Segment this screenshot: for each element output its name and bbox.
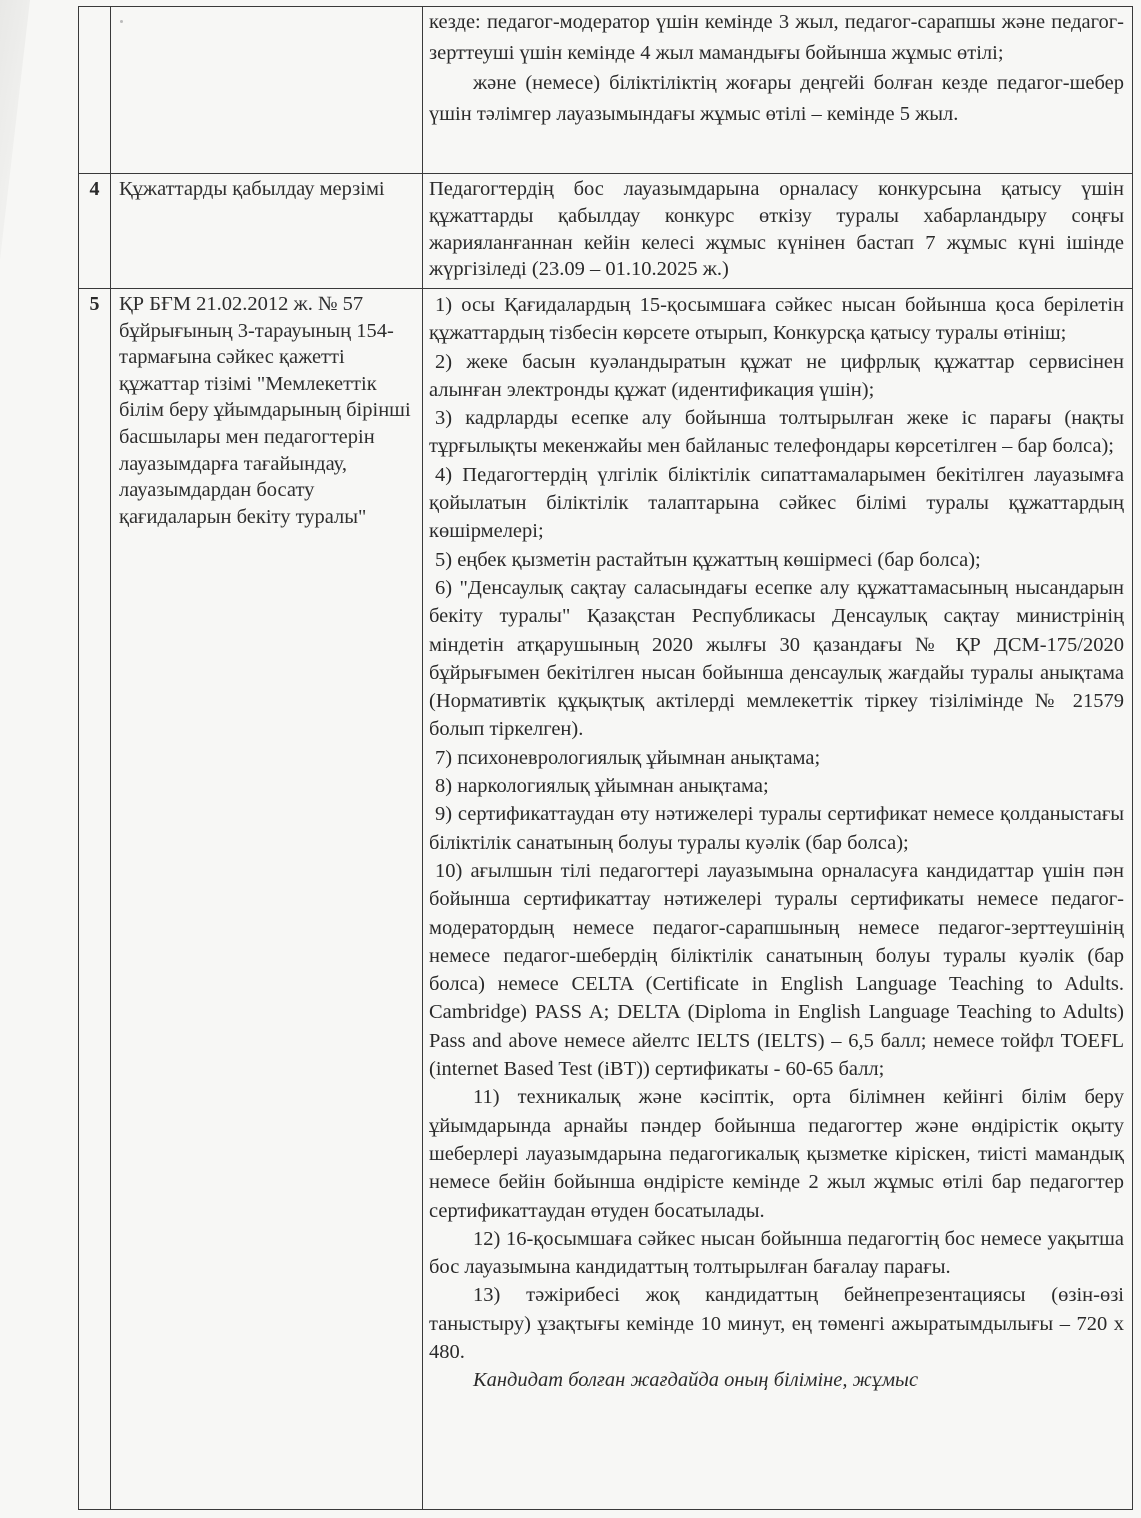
row-description: Педагогтердің бос лауазымдарына орналасу…	[423, 174, 1133, 289]
list-item: 9) сертификаттаудан өту нәтижелері турал…	[429, 800, 1124, 857]
table-row-3-continued: кезде: педагог-модератор үшін кемінде 3 …	[79, 7, 1133, 174]
row-label: ҚР БҒМ 21.02.2012 ж. № 57 бұйрығының 3-т…	[111, 289, 423, 1510]
row-label	[111, 7, 423, 174]
page-fold-shadow	[0, 0, 30, 260]
list-item: 5) еңбек қызметін растайтын құжаттың көш…	[429, 546, 1124, 574]
row-number	[79, 7, 111, 174]
list-item: 10) ағылшын тілі педагогтері лауазымына …	[429, 857, 1124, 1083]
list-item: 13) тәжірибесі жоқ кандидаттың бейнепрез…	[429, 1281, 1124, 1366]
list-item: 8) наркологиялық ұйымнан анықтама;	[429, 772, 1124, 800]
list-item: кезде: педагог-модератор үшін кемінде 3 …	[429, 7, 1124, 68]
row-number: 4	[79, 174, 111, 289]
list-item: 12) 16-қосымшаға сәйкес нысан бойынша пе…	[429, 1225, 1124, 1282]
list-item: 1) осы Қағидалардың 15-қосымшаға сәйкес …	[429, 291, 1124, 348]
row-label: Құжаттарды қабылдау мерзімі	[111, 174, 423, 289]
row-description: 1) осы Қағидалардың 15-қосымшаға сәйкес …	[423, 289, 1133, 1510]
row-description: кезде: педагог-модератор үшін кемінде 3 …	[423, 7, 1133, 174]
list-item: 6) "Денсаулық сақтау саласындағы есепке …	[429, 574, 1124, 744]
row-number: 5	[79, 289, 111, 1510]
table-row-4: 4 Құжаттарды қабылдау мерзімі Педагогтер…	[79, 174, 1133, 289]
list-item: және (немесе) біліктіліктің жоғары деңге…	[429, 68, 1124, 129]
requirements-table: кезде: педагог-модератор үшін кемінде 3 …	[78, 6, 1133, 1510]
list-item: 2) жеке басын куәландыратын құжат не циф…	[429, 348, 1124, 405]
list-item: Педагогтердің бос лауазымдарына орналасу…	[429, 176, 1124, 283]
list-item: 3) кадрларды есепке алу бойынша толтырыл…	[429, 404, 1124, 461]
list-item: Кандидат болған жағдайда оның біліміне, …	[429, 1366, 1124, 1394]
list-item: 7) психоневрологиялық ұйымнан анықтама;	[429, 744, 1124, 772]
table-row-5: 5 ҚР БҒМ 21.02.2012 ж. № 57 бұйрығының 3…	[79, 289, 1133, 1510]
list-item: 4) Педагогтердің үлгілік біліктілік сипа…	[429, 461, 1124, 546]
list-item: 11) техникалық және кәсіптік, орта білім…	[429, 1083, 1124, 1224]
